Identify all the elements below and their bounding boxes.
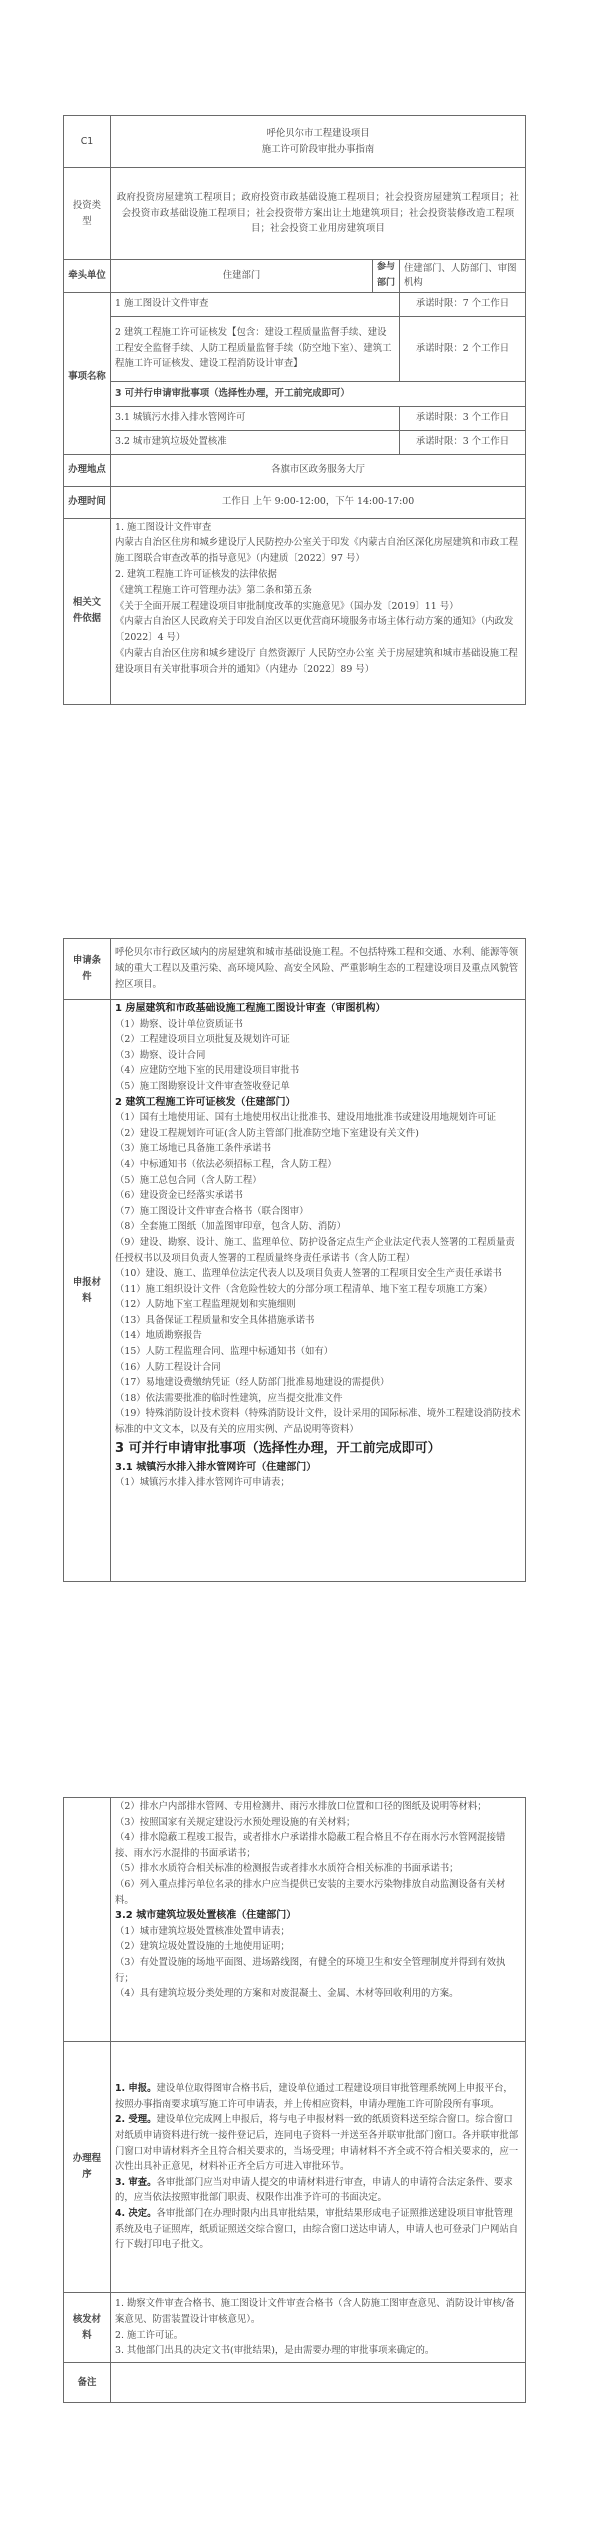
invest-type-label: 投资类型 (64, 168, 111, 260)
material-item: （5）施工总包合同（含人防工程） (115, 1173, 521, 1189)
items-label: 事项名称 (64, 292, 111, 454)
item-3-2-limit: 承诺时限：3 个工作日 (400, 430, 526, 454)
doc-line: 内蒙古自治区住房和城乡建设厅人民防控办公室关于印发《内蒙古自治区深化房屋建筑和市… (115, 535, 521, 567)
lead-unit-label: 牵头单位 (64, 260, 111, 293)
section-1-heading: 1 房屋建筑和市政基础设施工程施工图设计审查（审图机构） (115, 1001, 521, 1017)
material-item: （1）城市建筑垃圾处置核准处置申请表； (115, 1924, 521, 1940)
item-2-name: 2 建筑工程施工许可证核发【包含：建设工程质量监督手续、建设工程安全监督手续、人… (111, 316, 400, 381)
step-title: 3. 审查。 (115, 2177, 156, 2188)
material-item: （7）施工图设计文件审查合格书（联合图审） (115, 1204, 521, 1220)
item-3-1-name: 3.1 城镇污水排入排水管网许可 (111, 406, 400, 430)
location-label: 办理地点 (64, 454, 111, 486)
material-item: （3）按照国家有关规定建设污水预处理设施的有关材料； (115, 1815, 521, 1831)
material-item: （4）具有建筑垃圾分类处理的方案和对废混凝土、金属、木材等回收利用的方案。 (115, 1986, 521, 2002)
item-2-limit: 承诺时限：2 个工作日 (400, 316, 526, 381)
issued-item: 2. 施工许可证。 (115, 2328, 521, 2344)
material-item: （19）特殊消防设计技术资料（特殊消防设计文件，设计采用的国际标准、境外工程建设… (115, 1406, 521, 1437)
material-item: （3）施工场地已具备施工条件承诺书 (115, 1141, 521, 1157)
materials-list: 1 房屋建筑和市政基础设施工程施工图设计审查（审图机构） （1）勘察、设计单位资… (111, 1000, 526, 1582)
section-3-2-heading: 3.2 城市建筑垃圾处置核准（住建部门） (115, 1908, 521, 1924)
procedure-label: 办理程序 (64, 2042, 111, 2293)
material-item: （10）建设、施工、监理单位法定代表人以及项目负责人签署的工程项目安全生产责任承… (115, 1266, 521, 1282)
material-item: （11）施工组织设计文件（含危险性较大的分部分项工程清单、地下室工程专项施工方案… (115, 1282, 521, 1298)
procedure-step: 4. 决定。各审批部门在办理时限内出具审批结果，审批结果形成电子证照推送建设项目… (115, 2206, 521, 2253)
step-title: 1. 申报。 (115, 2083, 156, 2094)
procedure-step: 3. 审查。各审批部门应当对申请人提交的申请材料进行审查，申请人的申请符合法定条… (115, 2175, 521, 2206)
title-line-1: 呼伦贝尔市工程建设项目 (115, 126, 521, 142)
procedure-step: 2. 受理。建设单位完成网上申报后，将与电子申报材料一致的纸质资料送至综合窗口。… (115, 2112, 521, 2174)
material-item: （1）勘察、设计单位资质证书 (115, 1017, 521, 1033)
material-item: （2）建设工程规划许可证(含人防主管部门批准防空地下室建设有关文件) (115, 1126, 521, 1142)
material-item: （17）易地建设费缴纳凭证（经人防部门批准易地建设的需提供） (115, 1375, 521, 1391)
material-item: （14）地质勘察报告 (115, 1328, 521, 1344)
step-text: 各审批部门在办理时限内出具审批结果，审批结果形成电子证照推送建设项目审批管理系统… (115, 2208, 518, 2250)
docs-label: 相关文件依据 (64, 518, 111, 704)
materials-label: 申报材料 (64, 1000, 111, 1582)
issued-list: 1. 勘察文件审查合格书、施工图设计文件审查合格书（含人防施工图审查意见、消防设… (111, 2293, 526, 2363)
lead-unit-value: 住建部门 (111, 260, 373, 293)
issued-item: 1. 勘察文件审查合格书、施工图设计文件审查合格书（含人防施工图审查意见、消防设… (115, 2296, 521, 2327)
material-item: （6）列入重点排污单位名录的排水户应当提供已安装的主要水污染物排放自动监测设备有… (115, 1877, 521, 1908)
issued-label: 核发材料 (64, 2293, 111, 2363)
material-item: （3）勘察、设计合同 (115, 1048, 521, 1064)
section-3-1-heading: 3.1 城镇污水排入排水管网许可（住建部门） (115, 1460, 521, 1476)
material-item: （1）城镇污水排入排水管网许可申请表； (115, 1475, 521, 1491)
material-item: （6）建设资金已经落实承诺书 (115, 1188, 521, 1204)
step-text: 各审批部门应当对申请人提交的申请材料进行审查，申请人的申请符合法定条件、要求的，… (115, 2177, 513, 2204)
parallel-heading: 3 可并行申请审批事项（选择性办理，开工前完成即可） (111, 381, 526, 406)
doc-line: 《内蒙古自治区人民政府关于印发自治区以更优营商环境服务市场主体行动方案的通知》（… (115, 614, 521, 646)
materials-continued-label (64, 1798, 111, 2042)
participate-value: 住建部门、人防部门、审图机构 (400, 260, 526, 293)
doc-line: 《关于全面开展工程建设项目审批制度改革的实施意见》（国办发〔2019〕11 号） (115, 599, 521, 615)
docs-list: 1. 施工图设计文件审查 内蒙古自治区住房和城乡建设厅人民防控办公室关于印发《内… (111, 518, 526, 704)
location-value: 各旗市区政务服务大厅 (111, 454, 526, 486)
issued-item: 3. 其他部门出具的决定文书(审批结果)，是由需要办理的审批事项来确定的。 (115, 2343, 521, 2359)
item-1-name: 1 施工图设计文件审查 (111, 292, 400, 316)
material-item: （12）人防地下室工程监理规划和实施细则 (115, 1297, 521, 1313)
participate-label: 参与部门 (373, 260, 400, 293)
section-3-heading: 3 可并行申请审批事项（选择性办理，开工前完成即可） (115, 1438, 521, 1460)
step-title: 2. 受理。 (115, 2114, 156, 2125)
material-item: （2）工程建设项目立项批复及规划许可证 (115, 1032, 521, 1048)
time-label: 办理时间 (64, 486, 111, 518)
step-title: 4. 决定。 (115, 2208, 156, 2219)
material-item: （3）有处置设施的场地平面图、进场路线图，有健全的环境卫生和安全管理制度并得到有… (115, 1955, 521, 1986)
doc-line: 2. 建筑工程施工许可证核发的法律依据 (115, 567, 521, 583)
material-item: （5）排水水质符合相关标准的检测报告或者排水水质符合相关标准的书面承诺书； (115, 1861, 521, 1877)
procedure-steps: 1. 申报。建设单位取得图审合格书后，建设单位通过工程建设项目审批管理系统网上申… (111, 2042, 526, 2293)
materials-continued-list: （2）排水户内部排水管网、专用检测井、雨污水排放口位置和口径的图纸及说明等材料；… (111, 1798, 526, 2042)
guide-table-page-3: （2）排水户内部排水管网、专用检测井、雨污水排放口位置和口径的图纸及说明等材料；… (63, 1797, 526, 2403)
doc-line: 《建筑工程施工许可管理办法》第二条和第五条 (115, 583, 521, 599)
doc-line: 《内蒙古自治区住房和城乡建设厅 自然资源厅 人民防空办公室 关于房屋建筑和城市基… (115, 646, 521, 678)
item-3-2-name: 3.2 城市建筑垃圾处置核准 (111, 430, 400, 454)
remarks-label: 备注 (64, 2363, 111, 2403)
material-item: （2）排水户内部排水管网、专用检测井、雨污水排放口位置和口径的图纸及说明等材料； (115, 1799, 521, 1815)
title-line-2: 施工许可阶段审批办事指南 (115, 142, 521, 158)
procedure-step: 1. 申报。建设单位取得图审合格书后，建设单位通过工程建设项目审批管理系统网上申… (115, 2081, 521, 2112)
step-text: 建设单位完成网上申报后，将与电子申报材料一致的纸质资料送至综合窗口。综合窗口对纸… (115, 2114, 518, 2172)
material-item: （18）依法需要批准的临时性建筑，应当提交批准文件 (115, 1391, 521, 1407)
conditions-value: 呼伦贝尔市行政区域内的房屋建筑和城市基础设施工程。不包括特殊工程和交通、水利、能… (111, 939, 526, 1000)
item-3-1-limit: 承诺时限：3 个工作日 (400, 406, 526, 430)
time-value: 工作日 上午 9:00-12:00，下午 14:00-17:00 (111, 486, 526, 518)
material-item: （5）施工图勘察设计文件审查签收登记单 (115, 1079, 521, 1095)
material-item: （1）国有土地使用证、国有土地使用权出让批准书、建设用地批准书或建设用地规划许可… (115, 1110, 521, 1126)
material-item: （16）人防工程设计合同 (115, 1360, 521, 1376)
page-title: 呼伦贝尔市工程建设项目 施工许可阶段审批办事指南 (111, 116, 526, 168)
guide-code: C1 (64, 116, 111, 168)
material-item: （4）应建防空地下室的民用建设项目审批书 (115, 1063, 521, 1079)
material-item: （4）中标通知书（依法必须招标工程，含人防工程） (115, 1157, 521, 1173)
material-item: （15）人防工程监理合同、监理中标通知书（如有） (115, 1344, 521, 1360)
material-item: （2）建筑垃圾处置设施的土地使用证明； (115, 1939, 521, 1955)
section-2-heading: 2 建筑工程施工许可证核发（住建部门） (115, 1095, 521, 1111)
material-item: （13）具备保证工程质量和安全具体措施承诺书 (115, 1313, 521, 1329)
remarks-value (111, 2363, 526, 2403)
invest-type-value: 政府投资房屋建筑工程项目；政府投资市政基础设施工程项目；社会投资房屋建筑工程项目… (111, 168, 526, 260)
doc-line: 1. 施工图设计文件审查 (115, 520, 521, 536)
conditions-label: 申请条件 (64, 939, 111, 1000)
item-1-limit: 承诺时限：7 个工作日 (400, 292, 526, 316)
material-item: （8）全套施工图纸（加盖图审印章，包含人防、消防） (115, 1219, 521, 1235)
material-item: （9）建设、勘察、设计、施工、监理单位、防护设备定点生产企业法定代表人签署的工程… (115, 1235, 521, 1266)
step-text: 建设单位取得图审合格书后，建设单位通过工程建设项目审批管理系统网上申报平台，按照… (115, 2083, 513, 2110)
guide-table-page-1: C1 呼伦贝尔市工程建设项目 施工许可阶段审批办事指南 投资类型 政府投资房屋建… (63, 115, 526, 705)
guide-table-page-2: 申请条件 呼伦贝尔市行政区域内的房屋建筑和城市基础设施工程。不包括特殊工程和交通… (63, 938, 526, 1582)
material-item: （4）排水隐蔽工程竣工报告，或者排水户承诺排水隐蔽工程合格且不存在雨水污水管网混… (115, 1830, 521, 1861)
